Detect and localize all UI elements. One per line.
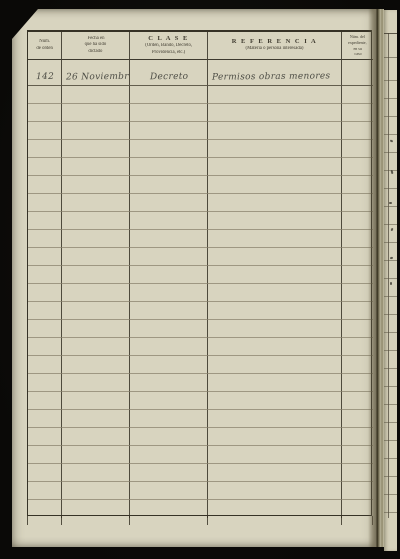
empty-row-cell (130, 356, 208, 374)
empty-row-cell (208, 140, 342, 158)
empty-row-cell (130, 86, 208, 104)
register-table: Núm.de ordenFecha enque ha sidodictadoC … (27, 30, 372, 516)
empty-row-cell (62, 338, 130, 356)
empty-row-cell (62, 158, 130, 176)
empty-row-cell (208, 464, 342, 482)
empty-row-cell (130, 230, 208, 248)
empty-row-cell (28, 410, 62, 428)
empty-row-cell (208, 266, 342, 284)
empty-row-cell (62, 122, 130, 140)
empty-row-cell (208, 176, 342, 194)
empty-row-cell (28, 356, 62, 374)
empty-row-cell (130, 284, 208, 302)
empty-row-cell (130, 266, 208, 284)
empty-row-cell (130, 104, 208, 122)
adjacent-page-edge (384, 10, 397, 551)
empty-row-cell (130, 194, 208, 212)
adjacent-page-row-rules (384, 80, 397, 520)
entry-fecha: 26 Noviembre 1957 (62, 60, 130, 86)
empty-row-cell (28, 428, 62, 446)
empty-row-cell (208, 482, 342, 500)
empty-row-cell (130, 446, 208, 464)
entry-num_orden: 142 (28, 60, 62, 86)
empty-row-cell (28, 158, 62, 176)
empty-row-cell (28, 104, 62, 122)
empty-row-cell (62, 500, 130, 518)
empty-row-cell (62, 266, 130, 284)
column-subtitle: que ha sido (85, 43, 107, 49)
column-title: C L A S E (148, 35, 189, 43)
empty-row-cell (62, 176, 130, 194)
empty-row-cell (28, 446, 62, 464)
empty-row-cell (28, 464, 62, 482)
empty-row-cell (130, 176, 208, 194)
empty-row-cell (208, 428, 342, 446)
empty-row-cell (130, 248, 208, 266)
book-gutter-fold (368, 9, 384, 547)
empty-row-cell (208, 230, 342, 248)
empty-row-cell (130, 392, 208, 410)
empty-row-cell (62, 374, 130, 392)
column-subtitle: (Orden, Bando, Decreto, (145, 43, 192, 49)
empty-row-cell (28, 122, 62, 140)
empty-row-cell (130, 428, 208, 446)
empty-row-cell (62, 248, 130, 266)
empty-row-cell (62, 446, 130, 464)
column-header-referencia: R E F E R E N C I A(Materia o persona in… (208, 32, 342, 60)
empty-row-cell (62, 212, 130, 230)
column-rule-tick (341, 516, 342, 525)
empty-row-cell (62, 464, 130, 482)
empty-row-cell (28, 140, 62, 158)
empty-row-cell (28, 176, 62, 194)
empty-row-cell (28, 500, 62, 518)
empty-row-cell (130, 500, 208, 518)
empty-row-cell (208, 410, 342, 428)
empty-row-cell (28, 194, 62, 212)
empty-row-cell (208, 158, 342, 176)
handwritten-text: 142 (36, 72, 54, 82)
empty-row-cell (28, 284, 62, 302)
empty-row-cell (130, 158, 208, 176)
column-rule-tick (129, 516, 130, 525)
empty-row-cell (208, 302, 342, 320)
empty-row-cell (62, 320, 130, 338)
empty-row-cell (130, 140, 208, 158)
empty-row-cell (28, 482, 62, 500)
empty-row-cell (130, 122, 208, 140)
column-header-fecha: Fecha enque ha sidodictado (62, 32, 130, 60)
empty-row-cell (62, 194, 130, 212)
empty-row-cell (208, 212, 342, 230)
empty-row-cell (208, 284, 342, 302)
empty-row-cell (130, 320, 208, 338)
handwritten-text: Decreto (150, 72, 188, 82)
empty-row-cell (62, 482, 130, 500)
empty-row-cell (130, 464, 208, 482)
empty-row-cell (28, 338, 62, 356)
empty-row-cell (28, 248, 62, 266)
empty-row-cell (208, 374, 342, 392)
column-header-num_orden: Núm.de orden (28, 32, 62, 60)
column-subtitle: en su (353, 46, 361, 51)
empty-row-cell (130, 302, 208, 320)
empty-row-cell (208, 86, 342, 104)
empty-row-cell (62, 302, 130, 320)
empty-row-cell (208, 446, 342, 464)
empty-row-cell (28, 230, 62, 248)
empty-row-cell (208, 392, 342, 410)
empty-row-cell (208, 500, 342, 518)
entry-clase: Decreto (130, 60, 208, 86)
empty-row-cell (28, 302, 62, 320)
empty-row-cell (28, 266, 62, 284)
empty-row-cell (130, 338, 208, 356)
scan-photo-background: Núm.de ordenFecha enque ha sidodictadoC … (0, 0, 400, 559)
column-rule-tick (207, 516, 208, 525)
empty-row-cell (208, 104, 342, 122)
register-page: Núm.de ordenFecha enque ha sidodictadoC … (12, 9, 378, 547)
adjacent-page-rule (384, 57, 397, 58)
empty-row-cell (130, 212, 208, 230)
empty-row-cell (130, 410, 208, 428)
empty-row-cell (208, 122, 342, 140)
empty-row-cell (62, 392, 130, 410)
empty-row-cell (208, 194, 342, 212)
empty-row-cell (208, 338, 342, 356)
column-rule-tick (61, 516, 62, 525)
empty-row-cell (28, 392, 62, 410)
empty-row-cell (62, 86, 130, 104)
column-header-clase: C L A S E(Orden, Bando, Decreto,Providen… (130, 32, 208, 60)
empty-row-cell (62, 284, 130, 302)
handwritten-text: Permisos obras menores (212, 71, 331, 82)
empty-row-cell (62, 140, 130, 158)
column-subtitle: Núm. del (350, 34, 365, 39)
empty-row-cell (130, 374, 208, 392)
entry-referencia: Permisos obras menores (208, 60, 342, 86)
column-subtitle: Núm. (39, 39, 50, 45)
empty-row-cell (28, 212, 62, 230)
empty-row-cell (62, 230, 130, 248)
column-subtitle: de orden (36, 46, 52, 52)
empty-row-cell (130, 482, 208, 500)
column-subtitle: (Materia o persona interesada) (246, 47, 304, 53)
empty-row-cell (62, 104, 130, 122)
column-subtitle: expediente, (348, 40, 367, 45)
adjacent-page-rule (384, 33, 397, 34)
empty-row-cell (62, 356, 130, 374)
empty-row-cell (28, 86, 62, 104)
column-rule-tick (27, 516, 28, 525)
ink-mark (390, 282, 392, 285)
empty-row-cell (208, 320, 342, 338)
handwritten-text: 26 Noviembre 1957 (66, 71, 130, 82)
empty-row-cell (28, 320, 62, 338)
empty-row-cell (62, 410, 130, 428)
empty-row-cell (62, 428, 130, 446)
column-subtitle: caso (354, 52, 361, 57)
empty-row-cell (208, 356, 342, 374)
empty-row-cell (28, 374, 62, 392)
column-subtitle: Providencia, etc.) (152, 50, 185, 56)
ink-mark (389, 202, 392, 204)
empty-row-cell (208, 248, 342, 266)
column-subtitle: dictado (89, 49, 103, 55)
